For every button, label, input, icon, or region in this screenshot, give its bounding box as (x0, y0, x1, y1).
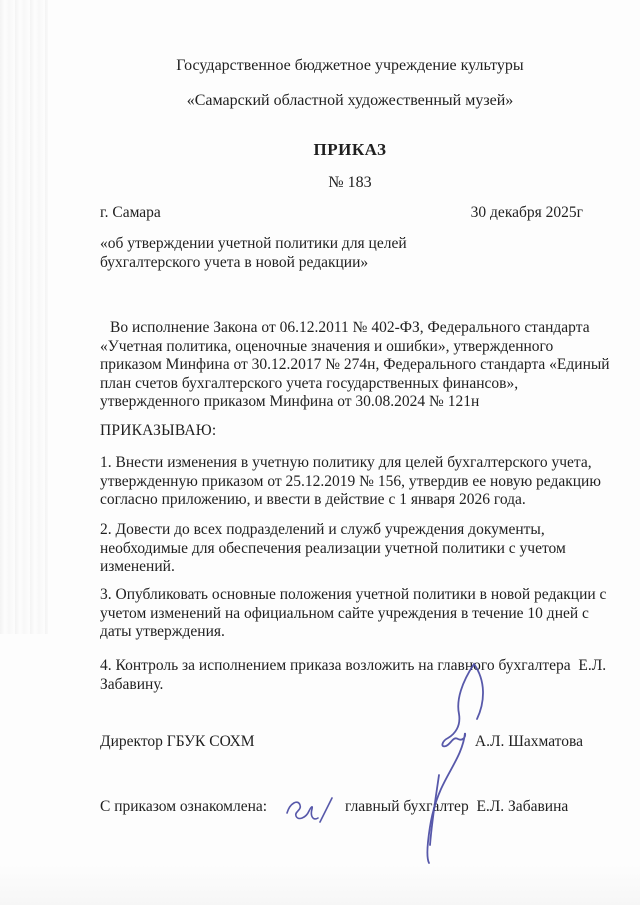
document-number: № 183 (100, 174, 600, 192)
document-type-heading: ПРИКАЗ (100, 140, 600, 160)
order-item-line: согласно приложению, и ввести в действие… (100, 491, 592, 510)
director-name: А.Л. Шахматова (475, 733, 583, 751)
preamble-line: план счетов бухгалтерского учета государ… (100, 375, 592, 394)
ink-signatures-layer (0, 0, 640, 905)
scan-streaks (0, 0, 48, 634)
order-item-line: даты утверждения. (100, 623, 592, 642)
director-signature-row: Директор ГБУК СОХМ А.Л. Шахматова (100, 733, 583, 751)
order-item-line: 3. Опубликовать основные положения учетн… (100, 586, 592, 605)
order-item-line: 4. Контроль за исполнением приказа возло… (100, 657, 592, 676)
order-item-2: 2. Довести до всех подразделений и служб… (100, 521, 592, 577)
subject-line: бухгалтерского учета в новой редакции» (100, 254, 592, 273)
subject-line: «об утверждении учетной политики для цел… (100, 235, 592, 254)
order-item-line: необходимые для обеспечения реализации у… (100, 540, 592, 559)
scan-noise-bottom (0, 865, 640, 905)
order-keyword: ПРИКАЗЫВАЮ: (100, 422, 592, 440)
preamble-line: приказом Минфина от 30.12.2017 № 274н, Ф… (100, 356, 592, 375)
order-item-line: 2. Довести до всех подразделений и служб… (100, 521, 592, 540)
date-label: 30 декабря 2025г (471, 204, 583, 222)
organization-name-line1: Государственное бюджетное учреждение кул… (100, 57, 600, 75)
preamble-line: утвержденного приказом Минфина от 30.08.… (100, 393, 592, 412)
city-date-row: г. Самара 30 декабря 2025г (100, 204, 583, 222)
preamble-line: «Учетная политика, оценочные значения и … (100, 338, 592, 357)
preamble-paragraph: Во исполнение Закона от 06.12.2011 № 402… (100, 319, 592, 412)
director-title: Директор ГБУК СОХМ (100, 733, 255, 751)
subject-block: «об утверждении учетной политики для цел… (100, 235, 592, 272)
order-item-line: изменений. (100, 558, 592, 577)
preamble-line: Во исполнение Закона от 06.12.2011 № 402… (100, 319, 592, 338)
order-item-1: 1. Внести изменения в учетную политику д… (100, 454, 592, 510)
order-item-line: Забавину. (100, 676, 592, 695)
order-item-line: учетом изменений на официальном сайте уч… (100, 605, 592, 624)
order-item-3: 3. Опубликовать основные положения учетн… (100, 586, 592, 642)
order-item-line: 1. Внести изменения в учетную политику д… (100, 454, 592, 473)
acknowledgement-title-name: главный бухгалтер Е.Л. Забавина (345, 798, 568, 816)
city-label: г. Самара (100, 204, 161, 222)
organization-name-line2: «Самарский областной художественный музе… (100, 92, 600, 110)
document-page: Государственное бюджетное учреждение кул… (0, 0, 640, 905)
order-item-4: 4. Контроль за исполнением приказа возло… (100, 657, 592, 694)
order-item-line: утвержденную приказом от 25.12.2019 № 15… (100, 473, 592, 492)
